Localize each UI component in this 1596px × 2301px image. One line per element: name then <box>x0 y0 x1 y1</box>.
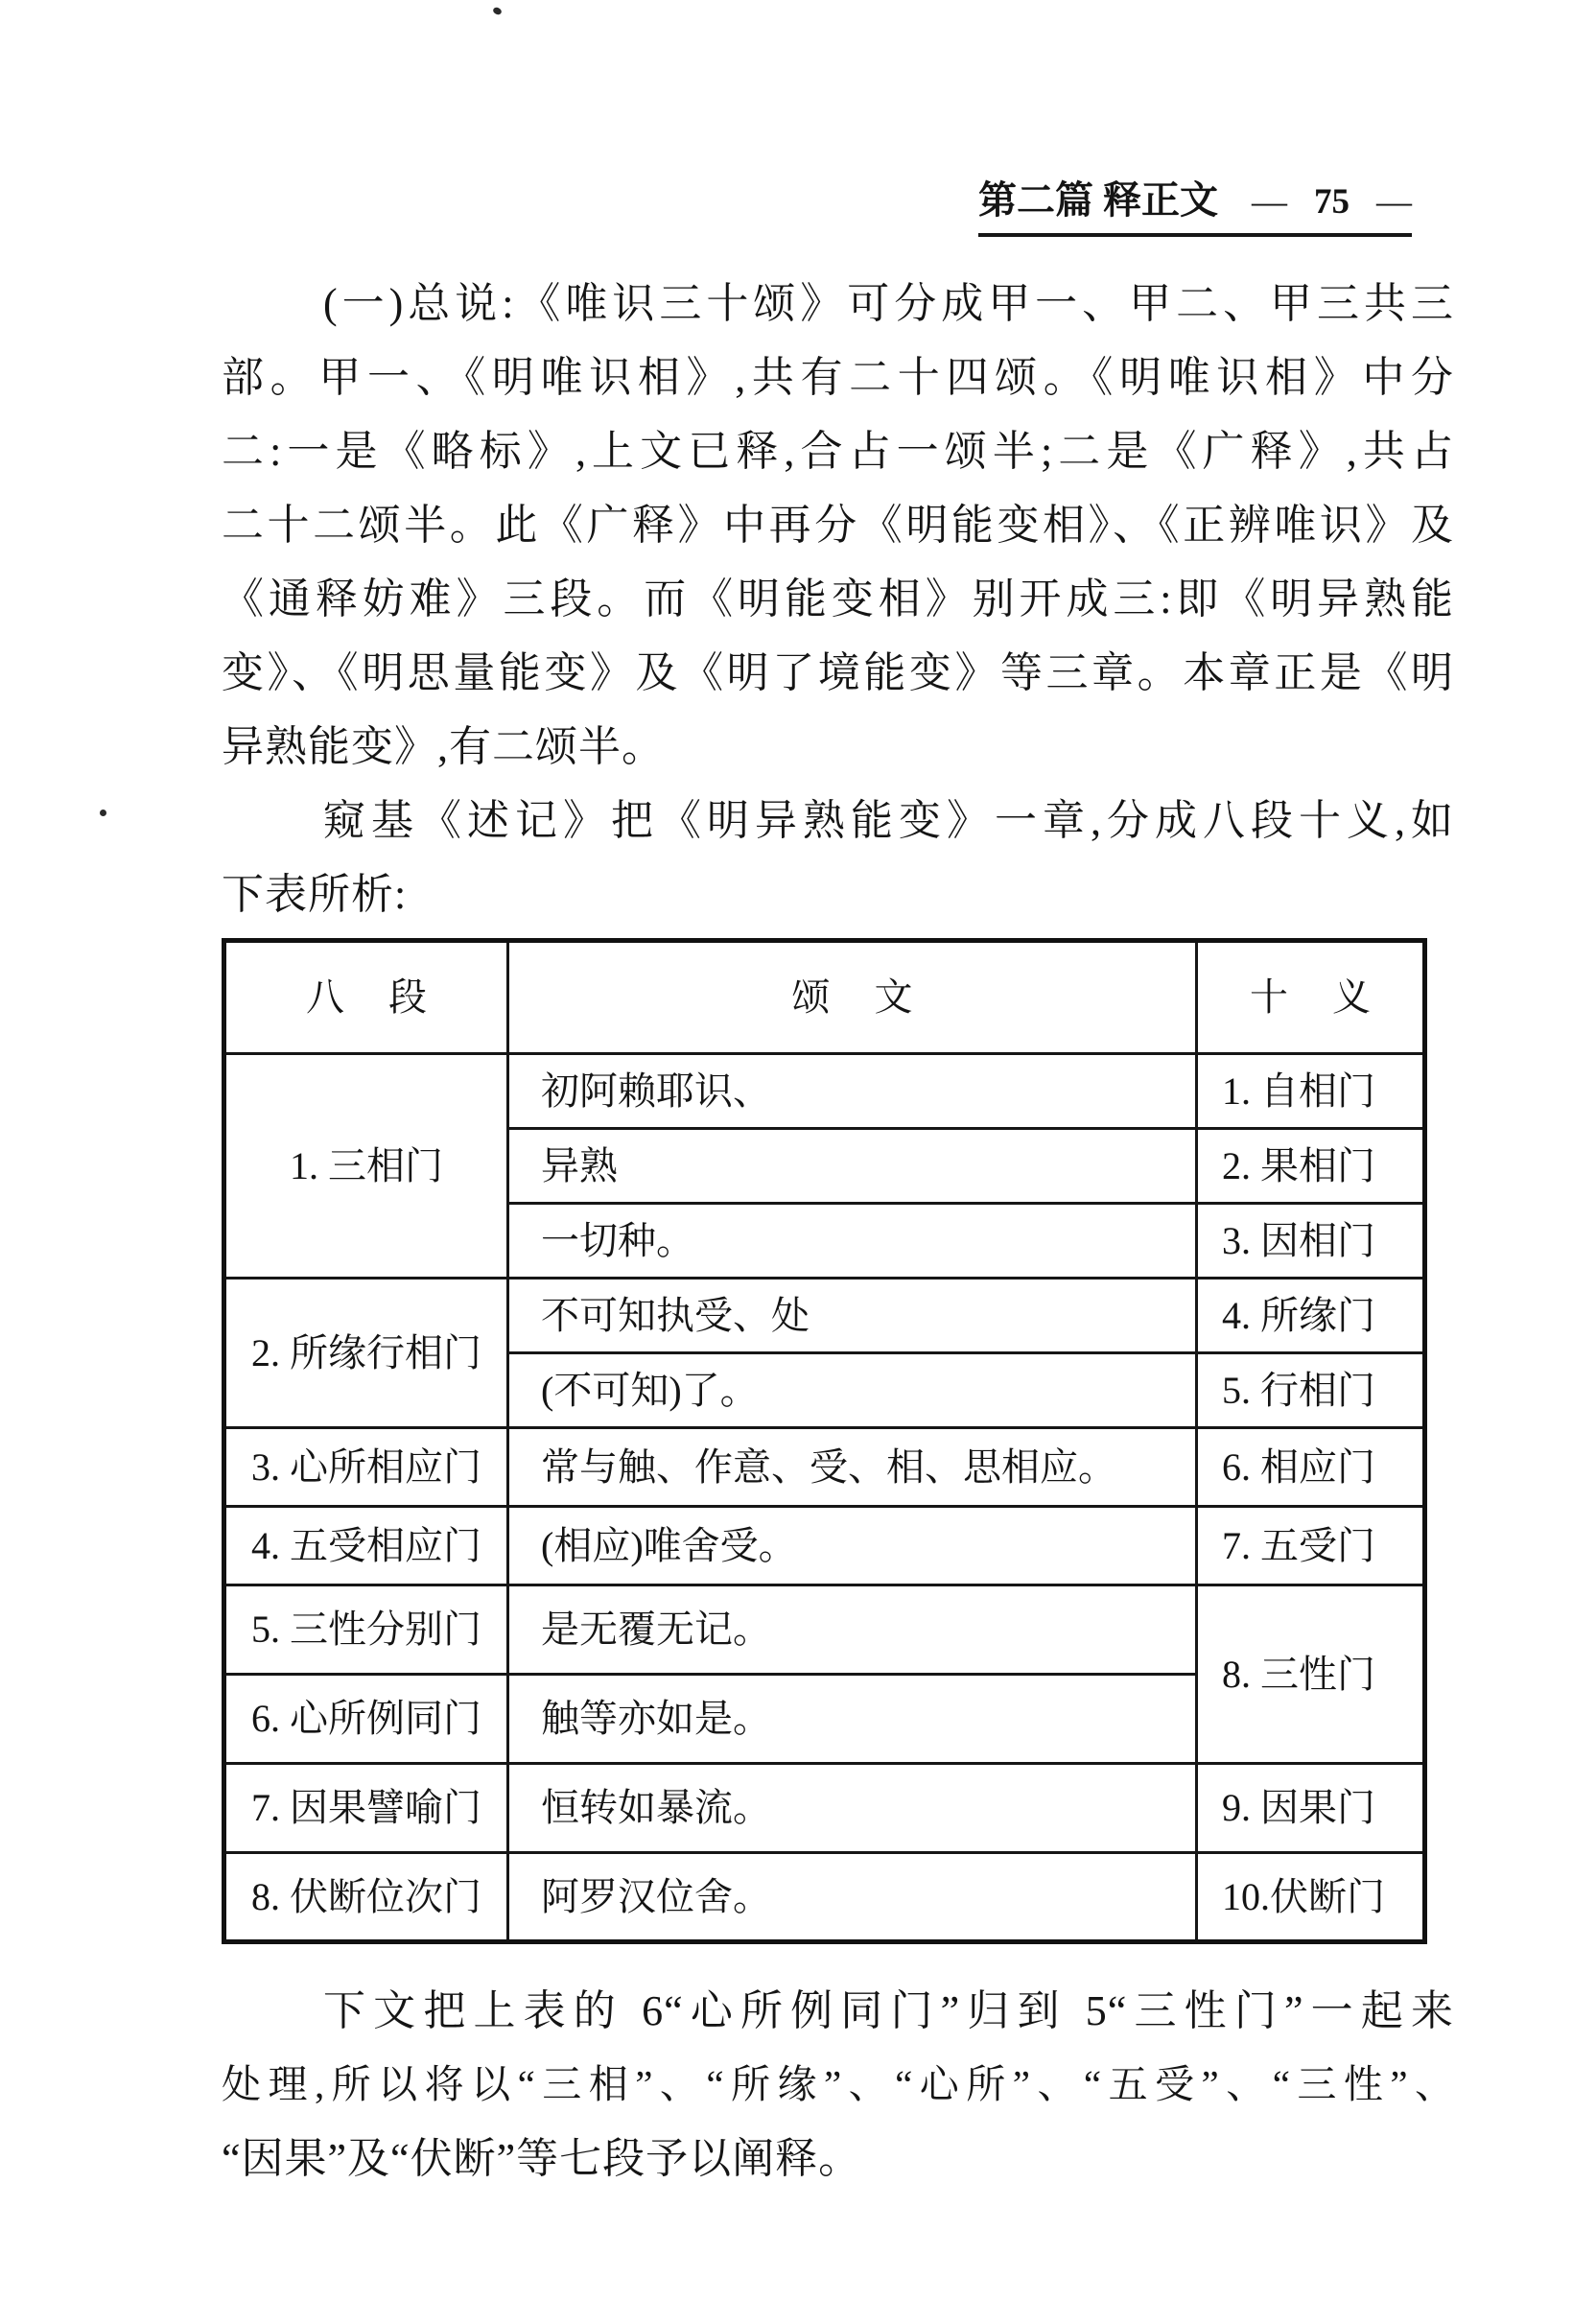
text-line: 二十二颂半。此《广释》中再分《明能变相》、《正辨唯识》及 <box>222 488 1454 562</box>
table-row: 3. 心所相应门 常与触、作意、受、相、思相应。 6. 相应门 <box>224 1428 1425 1507</box>
intro-paragraphs: (一)总说:《唯识三十颂》可分成甲一、甲二、甲三共三 部。甲一、《明唯识相》,共… <box>222 267 1454 931</box>
verse-cell: (不可知)了。 <box>508 1353 1197 1428</box>
text-line: 下文把上表的 6“心所例同门”归到 5“三性门”一起来 <box>222 1974 1454 2048</box>
text-line: (一)总说:《唯识三十颂》可分成甲一、甲二、甲三共三 <box>222 267 1454 340</box>
verse-cell: 一切种。 <box>508 1204 1197 1279</box>
verse-cell: 初阿赖耶识、 <box>508 1054 1197 1129</box>
table-row: 7. 因果譬喻门 恒转如暴流。 9. 因果门 <box>224 1764 1425 1853</box>
text-line: 异熟能变》,有二颂半。 <box>222 710 1454 784</box>
page-number-group: — 75 — <box>1252 184 1412 222</box>
verse-cell: 阿罗汉位舍。 <box>508 1853 1197 1942</box>
closing-paragraph: 下文把上表的 6“心所例同门”归到 5“三性门”一起来 处理,所以将以“三相”、… <box>222 1974 1454 2195</box>
book-page: 第二篇 释正文 — 75 — (一)总说:《唯识三十颂》可分成甲一、甲二、甲三共… <box>0 0 1596 2301</box>
segment-cell: 4. 五受相应门 <box>224 1507 508 1585</box>
page-number: 75 <box>1314 184 1350 222</box>
meaning-cell: 4. 所缘门 <box>1197 1279 1425 1353</box>
meaning-cell: 10.伏断门 <box>1197 1853 1425 1942</box>
page-number-dash-left: — <box>1252 184 1287 222</box>
section-title: 第二篇 释正文 <box>978 180 1218 221</box>
table-row: 8. 伏断位次门 阿罗汉位舍。 10.伏断门 <box>224 1853 1425 1942</box>
meaning-cell: 8. 三性门 <box>1197 1585 1425 1764</box>
text-line: 处理,所以将以“三相”、“所缘”、“心所”、“五受”、“三性”、 <box>222 2048 1454 2122</box>
table-row: 5. 三性分别门 是无覆无记。 8. 三性门 <box>224 1585 1425 1675</box>
text-line: “因果”及“伏断”等七段予以阐释。 <box>222 2122 1454 2195</box>
verse-cell: 常与触、作意、受、相、思相应。 <box>508 1428 1197 1507</box>
verse-cell: 异熟 <box>508 1129 1197 1204</box>
table-row: 4. 五受相应门 (相应)唯舍受。 7. 五受门 <box>224 1507 1425 1585</box>
segment-cell: 1. 三相门 <box>224 1054 508 1279</box>
meaning-cell: 6. 相应门 <box>1197 1428 1425 1507</box>
verse-cell: 触等亦如是。 <box>508 1675 1197 1764</box>
meaning-cell: 2. 果相门 <box>1197 1129 1425 1204</box>
segment-cell: 8. 伏断位次门 <box>224 1853 508 1942</box>
segment-cell: 5. 三性分别门 <box>224 1585 508 1675</box>
verse-cell: 是无覆无记。 <box>508 1585 1197 1675</box>
segment-cell: 7. 因果譬喻门 <box>224 1764 508 1853</box>
column-header-segments: 八 段 <box>224 941 508 1054</box>
meaning-cell: 3. 因相门 <box>1197 1204 1425 1279</box>
verse-cell: 恒转如暴流。 <box>508 1764 1197 1853</box>
column-header-verse: 颂 文 <box>508 941 1197 1054</box>
text-line: 部。甲一、《明唯识相》,共有二十四颂。《明唯识相》中分 <box>222 340 1454 414</box>
meaning-cell: 5. 行相门 <box>1197 1353 1425 1428</box>
verse-cell: 不可知执受、处 <box>508 1279 1197 1353</box>
meaning-cell: 1. 自相门 <box>1197 1054 1425 1129</box>
text-line: 下表所析: <box>222 857 1454 931</box>
table-row: 2. 所缘行相门 不可知执受、处 4. 所缘门 <box>224 1279 1425 1353</box>
meaning-cell: 7. 五受门 <box>1197 1507 1425 1585</box>
text-line: 二:一是《略标》,上文已释,合占一颂半;二是《广释》,共占 <box>222 414 1454 488</box>
column-header-meanings: 十 义 <box>1197 941 1425 1054</box>
meaning-cell: 9. 因果门 <box>1197 1764 1425 1853</box>
table-row: 1. 三相门 初阿赖耶识、 1. 自相门 <box>224 1054 1425 1129</box>
text-line: 窥基《述记》把《明异熟能变》一章,分成八段十义,如 <box>222 784 1454 857</box>
eight-sections-table: 八 段 颂 文 十 义 1. 三相门 初阿赖耶识、 1. 自相门 异熟 2. 果… <box>222 938 1427 1944</box>
segment-cell: 2. 所缘行相门 <box>224 1279 508 1428</box>
running-head: 第二篇 释正文 — 75 — <box>978 180 1412 237</box>
text-line: 《通释妨难》三段。而《明能变相》别开成三:即《明异熟能 <box>222 562 1454 636</box>
scan-artifact <box>492 6 503 15</box>
segment-cell: 6. 心所例同门 <box>224 1675 508 1764</box>
table-header-row: 八 段 颂 文 十 义 <box>224 941 1425 1054</box>
page-number-dash-right: — <box>1376 184 1412 222</box>
verse-cell: (相应)唯舍受。 <box>508 1507 1197 1585</box>
text-line: 变》、《明思量能变》及《明了境能变》等三章。本章正是《明 <box>222 636 1454 710</box>
scan-artifact <box>100 810 106 816</box>
segment-cell: 3. 心所相应门 <box>224 1428 508 1507</box>
